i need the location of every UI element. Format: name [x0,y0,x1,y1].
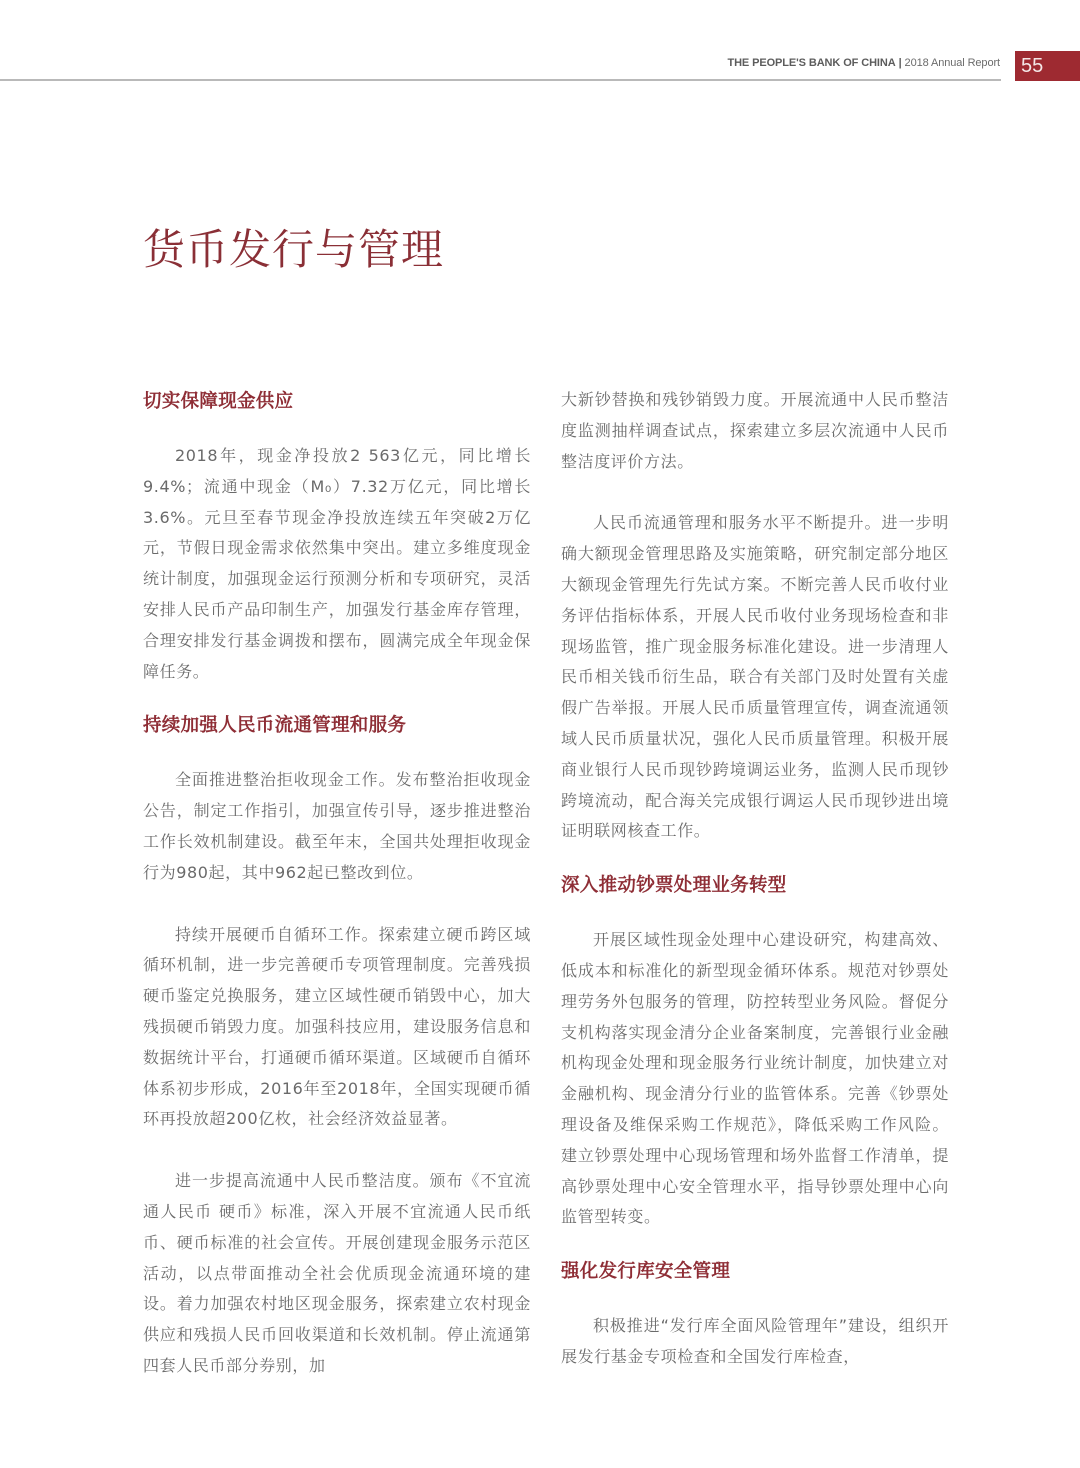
paragraph: 积极推进“发行库全面风险管理年”建设，组织开展发行基金专项检查和全国发行库检查， [561,1311,949,1373]
paragraph-continuation: 大新钞替换和残钞销毁力度。开展流通中人民币整洁度监测抽样调查试点，探索建立多层次… [561,385,949,477]
running-header: THE PEOPLE'S BANK OF CHINA|2018 Annual R… [727,57,1000,69]
section-heading: 切实保障现金供应 [143,385,531,419]
chapter-title: 货币发行与管理 [143,222,444,278]
section-heading: 持续加强人民币流通管理和服务 [143,709,531,743]
page-number: 55 [1015,51,1080,81]
section-heading: 深入推动钞票处理业务转型 [561,869,949,903]
header-separator: | [899,57,902,69]
right-column: 大新钞替换和残钞销毁力度。开展流通中人民币整洁度监测抽样调查试点，探索建立多层次… [561,385,949,1373]
report-name: 2018 Annual Report [905,57,1000,69]
paragraph: 进一步提高流通中人民币整洁度。颁布《不宜流通人民币 硬币》标准，深入开展不宜流通… [143,1166,531,1382]
header-rule [0,79,1001,81]
organization-name: THE PEOPLE'S BANK OF CHINA [727,57,895,69]
section-heading: 强化发行库安全管理 [561,1255,949,1289]
paragraph: 全面推进整治拒收现金工作。发布整治拒收现金公告，制定工作指引，加强宣传引导，逐步… [143,765,531,888]
paragraph: 人民币流通管理和服务水平不断提升。进一步明确大额现金管理思路及实施策略，研究制定… [561,508,949,847]
paragraph: 开展区域性现金处理中心建设研究，构建高效、低成本和标准化的新型现金循环体系。规范… [561,925,949,1233]
left-column: 切实保障现金供应 2018年，现金净投放2 563亿元，同比增长9.4%；流通中… [143,385,531,1382]
paragraph: 2018年，现金净投放2 563亿元，同比增长9.4%；流通中现金（M₀）7.3… [143,441,531,687]
paragraph: 持续开展硬币自循环工作。探索建立硬币跨区域循环机制，进一步完善硬币专项管理制度。… [143,920,531,1136]
